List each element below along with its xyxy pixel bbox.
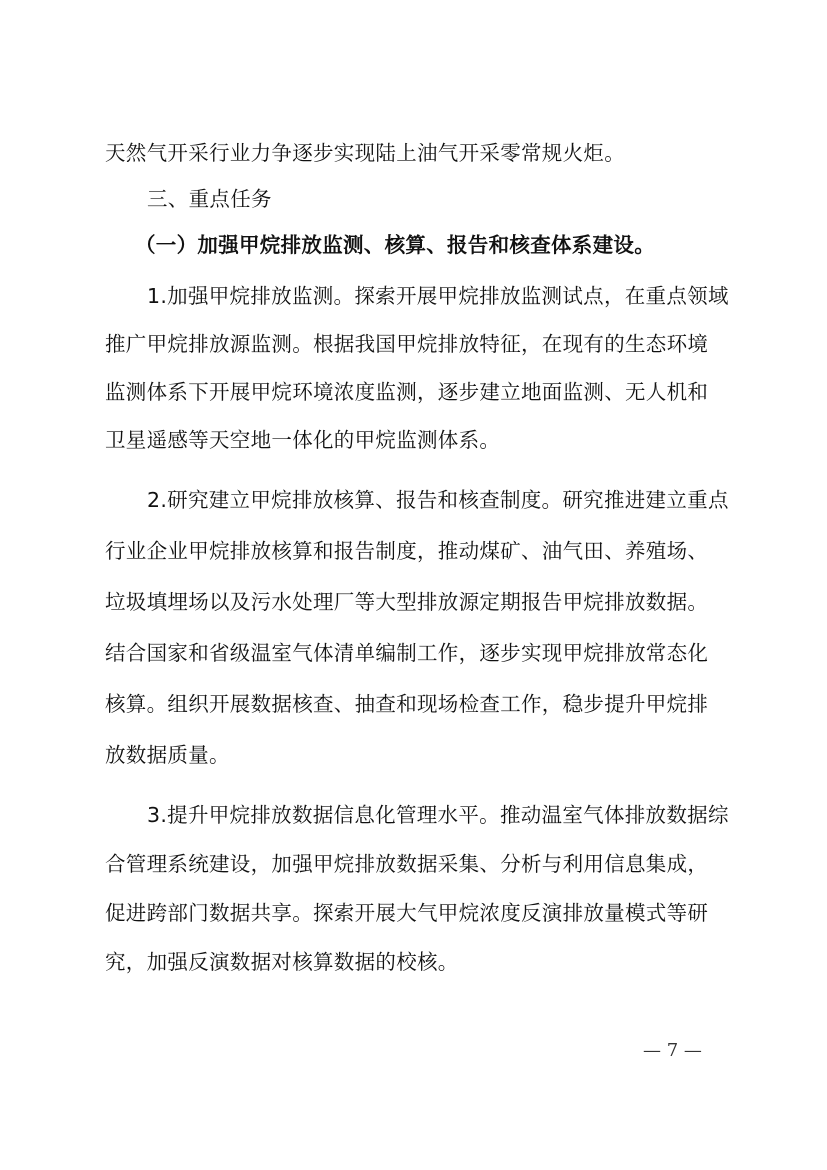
paragraph-line: 2.研究建立甲烷排放核算、报告和核查制度。研究推进建立重点 <box>147 487 767 513</box>
paragraph-line: 促进跨部门数据共享。探索开展大气甲烷浓度反演排放量模式等研 <box>105 900 725 926</box>
subsection-heading: （一）加强甲烷排放监测、核算、报告和核查体系建设。 <box>135 232 755 258</box>
paragraph-line: 究，加强反演数据对核算数据的校核。 <box>105 949 725 975</box>
paragraph-line: 垃圾填埋场以及污水处理厂等大型排放源定期报告甲烷排放数据。 <box>105 589 725 615</box>
paragraph-line: 核算。组织开展数据核查、抽查和现场检查工作，稳步提升甲烷排 <box>105 691 725 717</box>
paragraph-line: 监测体系下开展甲烷环境浓度监测，逐步建立地面监测、无人机和 <box>105 379 725 405</box>
paragraph-line: 天然气开采行业力争逐步实现陆上油气开采零常规火炬。 <box>105 140 725 166</box>
paragraph-line: 推广甲烷排放源监测。根据我国甲烷排放特征，在现有的生态环境 <box>105 331 725 357</box>
paragraph-line: 结合国家和省级温室气体清单编制工作，逐步实现甲烷排放常态化 <box>105 640 725 666</box>
page-number: — 7 — <box>643 1040 702 1061</box>
paragraph-line: 卫星遥感等天空地一体化的甲烷监测体系。 <box>105 427 725 453</box>
paragraph-line: 放数据质量。 <box>105 742 725 768</box>
paragraph-line: 行业企业甲烷排放核算和报告制度，推动煤矿、油气田、养殖场、 <box>105 538 725 564</box>
section-heading: 三、重点任务 <box>147 186 767 212</box>
paragraph-line: 3.提升甲烷排放数据信息化管理水平。推动温室气体排放数据综 <box>147 802 767 828</box>
paragraph-line: 合管理系统建设，加强甲烷排放数据采集、分析与利用信息集成， <box>105 851 725 877</box>
paragraph-line: 1.加强甲烷排放监测。探索开展甲烷排放监测试点，在重点领域 <box>147 283 767 309</box>
